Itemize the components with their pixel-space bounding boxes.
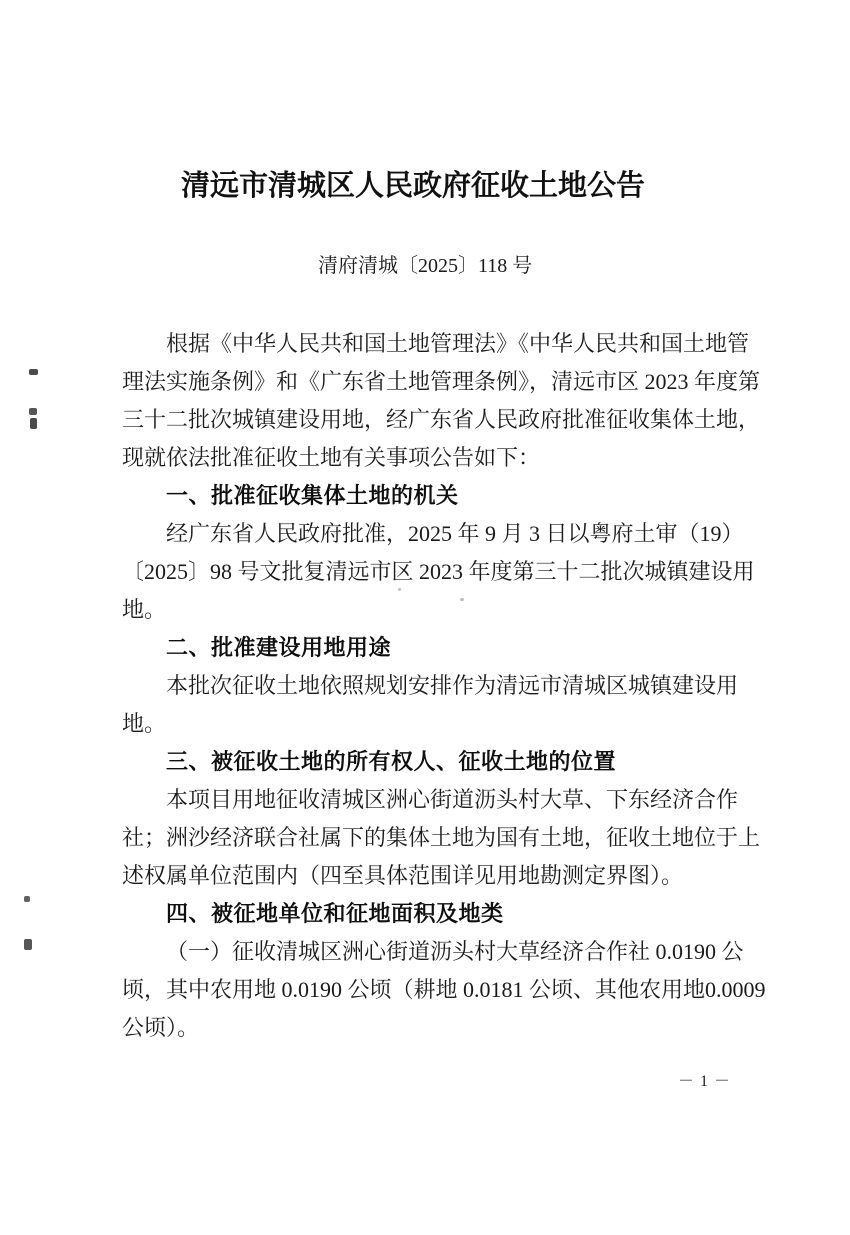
body-line: 地。 (122, 591, 742, 629)
scan-artifact (29, 408, 37, 415)
section-heading: 一、批准征收集体土地的机关 (122, 477, 742, 515)
body-line: 社；洲沙经济联合社属下的集体土地为国有土地，征收土地位于上 (122, 819, 742, 857)
document-title: 清远市清城区人民政府征收土地公告 (0, 167, 838, 205)
scan-artifact (24, 939, 32, 950)
section-heading: 三、被征收土地的所有权人、征收土地的位置 (122, 743, 742, 781)
body-line: 地。 (122, 705, 742, 743)
body-line: 本批次征收土地依照规划安排作为清远市清城区城镇建设用 (122, 667, 742, 705)
document-page: 清远市清城区人民政府征收土地公告 清府清城〔2025〕118 号 根据《中华人民… (0, 0, 850, 1235)
section-heading: 二、批准建设用地用途 (122, 629, 742, 667)
document-body: 根据《中华人民共和国土地管理法》《中华人民共和国土地管理法实施条例》和《广东省土… (122, 325, 742, 1047)
page-number: － 1 － (678, 1068, 731, 1091)
body-line: 本项目用地征收清城区洲心街道沥头村大草、下东经济合作 (122, 781, 742, 819)
body-line: 公顷）。 (122, 1009, 742, 1047)
scan-artifact (24, 896, 30, 902)
body-line: 顷，其中农用地 0.0190 公顷（耕地 0.0181 公顷、其他农用地0.00… (122, 971, 742, 1009)
section-heading: 四、被征地单位和征地面积及地类 (122, 895, 742, 933)
body-line: 〔2025〕98 号文批复清远市区 2023 年度第三十二批次城镇建设用 (122, 553, 742, 591)
body-line: 现就依法批准征收土地有关事项公告如下： (122, 439, 742, 477)
body-line: 述权属单位范围内（四至具体范围详见用地勘测定界图）。 (122, 857, 742, 895)
body-line: 理法实施条例》和《广东省土地管理条例》，清远市区 2023 年度第 (122, 363, 742, 401)
body-line: 根据《中华人民共和国土地管理法》《中华人民共和国土地管 (122, 325, 742, 363)
document-number: 清府清城〔2025〕118 号 (318, 252, 532, 280)
scan-artifact (30, 418, 37, 429)
body-line: 三十二批次城镇建设用地，经广东省人民政府批准征收集体土地， (122, 401, 742, 439)
scan-artifact (29, 369, 38, 375)
body-line: （一）征收清城区洲心街道沥头村大草经济合作社 0.0190 公 (122, 933, 742, 971)
body-line: 经广东省人民政府批准，2025 年 9 月 3 日以粤府土审（19） (122, 515, 742, 553)
